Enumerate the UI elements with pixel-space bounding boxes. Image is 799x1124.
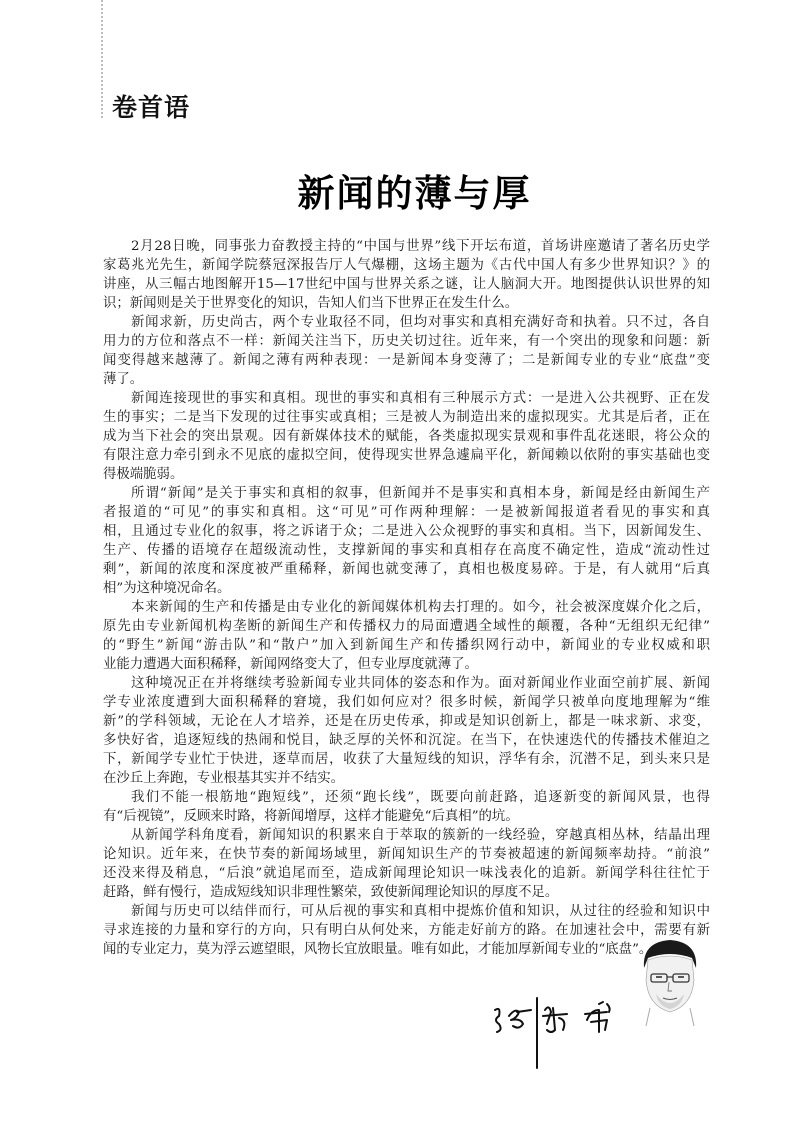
signature-icon: [487, 990, 637, 1080]
paragraph-line: 业能力遭遇大面积稀释，新闻网络变大了，但专业厚度就薄了。: [103, 655, 710, 674]
paragraph-line: 闻变得越来越薄了。新闻之薄有两种表现：一是新闻本身变薄了；二是新闻专业的专业“底…: [103, 351, 710, 370]
paragraph: 本来新闻的生产和传播是由专业化的新闻媒体机构去打理的。如今，社会被深度媒介化之后…: [103, 598, 710, 674]
paragraph-line: 的“野生”新闻“游击队”和“散户”加入到新闻生产和传播织网行动中，新闻业的专业权…: [103, 636, 710, 655]
paragraph-line: 新闻与历史可以结伴而行，可从后视的事实和真相中提炼价值和知识，从过往的经验和知识…: [103, 902, 710, 921]
margin-dotted-line: [101, 0, 103, 118]
paragraph-line: 闻的专业定力，莫为浮云遮望眼，风物长宜放眼量。唯有如此，才能加厚新闻专业的“底盘…: [103, 940, 710, 959]
paragraph-line: 学专业浓度遭到大面积稀释的窘境，我们如何应对？很多时候，新闻学只被单向度地理解为…: [103, 693, 710, 712]
paragraph-line: 所谓“新闻”是关于事实和真相的叙事，但新闻并不是事实和真相本身，新闻是经由新闻生…: [103, 484, 710, 503]
paragraph-line: 用力的方位和落点不一样：新闻关注当下，历史关切过往。近年来，有一个突出的现象和问…: [103, 332, 710, 351]
paragraph-line: 薄了。: [103, 370, 710, 389]
paragraph-line: 寻求连接的力量和穿行的方向，只有明白从何处来，方能走好前方的路。在加速社会中，需…: [103, 921, 710, 940]
paragraph-line: 多快好省，追逐短线的热闹和悦目，缺乏厚的关怀和沉淀。在当下，在快速迭代的传播技术…: [103, 731, 710, 750]
paragraph-line: 新闻连接现世的事实和真相。现世的事实和真相有三种展示方式：一是进入公共视野、正在…: [103, 389, 710, 408]
paragraph-line: 有“后视镜”，反顾来时路，将新闻增厚，这样才能避免“后真相”的坑。: [103, 807, 710, 826]
paragraph: 这种境况正在并将继续考验新闻专业共同体的姿态和作为。面对新闻业作业面空前扩展、新…: [103, 674, 710, 788]
paragraph-line: 相”为这种境况命名。: [103, 579, 710, 598]
paragraph-line: 剩”，新闻的浓度和深度被严重稀释，新闻也就变薄了，真相也极度易碎。于是，有人就用…: [103, 560, 710, 579]
paragraph-line: 这种境况正在并将继续考验新闻专业共同体的姿态和作为。面对新闻业作业面空前扩展、新…: [103, 674, 710, 693]
paragraph-line: 有限注意力牵引到永不见底的虚拟空间，使得现实世界急遽扁平化，新闻赖以依附的事实基…: [103, 446, 710, 465]
paragraph-line: 从新闻学科角度看，新闻知识的积累来自于萃取的簇新的一线经验，穿越真相丛林，结晶出…: [103, 826, 710, 845]
paragraph: 我们不能一根筋地“跑短线”，还须“跑长线”，既要向前赶路，追逐新变的新闻风景，也…: [103, 788, 710, 826]
section-label: 卷首语: [112, 88, 190, 124]
paragraph-line: 新”的学科领域，无论在人才培养，还是在历史传承，抑或是知识创新上，都是一味求新、…: [103, 712, 710, 731]
paragraph-line: 得极端脆弱。: [103, 465, 710, 484]
paragraph-line: 在沙丘上奔跑，专业根基其实并不结实。: [103, 769, 710, 788]
paragraph: 新闻与历史可以结伴而行，可从后视的事实和真相中提炼价值和知识，从过往的经验和知识…: [103, 902, 710, 959]
paragraph-line: 者报道的“可见”的事实和真相。这“可见”可作两种理解：一是被新闻报道者看见的事实…: [103, 503, 710, 522]
paragraph: 新闻求新，历史尚古，两个专业取径不同，但均对事实和真相充满好奇和执着。只不过，各…: [103, 313, 710, 389]
article-body: 2月28日晚，同事张力奋教授主持的“中国与世界”线下开坛布道，首场讲座邀请了著名…: [103, 237, 710, 959]
author-portrait-icon: [636, 936, 704, 1026]
paragraph: 2月28日晚，同事张力奋教授主持的“中国与世界”线下开坛布道，首场讲座邀请了著名…: [103, 237, 710, 313]
paragraph-line: 本来新闻的生产和传播是由专业化的新闻媒体机构去打理的。如今，社会被深度媒介化之后…: [103, 598, 710, 617]
paragraph-line: 识；新闻则是关于世界变化的知识，告知人们当下世界正在发生什么。: [103, 294, 710, 313]
paragraph: 所谓“新闻”是关于事实和真相的叙事，但新闻并不是事实和真相本身，新闻是经由新闻生…: [103, 484, 710, 598]
paragraph-line: 论知识。近年来，在快节奏的新闻场域里，新闻知识生产的节奏被超速的新闻频率劫持。“…: [103, 845, 710, 864]
paragraph-line: 还没来得及稍息，“后浪”就追尾而至，造成新闻理论知识一味浅表化的追新。新闻学科往…: [103, 864, 710, 883]
paragraph-line: 我们不能一根筋地“跑短线”，还须“跑长线”，既要向前赶路，追逐新变的新闻风景，也…: [103, 788, 710, 807]
paragraph-line: 生的事实；二是当下发现的过往事实或真相；三是被人为制造出来的虚拟现实。尤其是后者…: [103, 408, 710, 427]
paragraph-line: 成为当下社会的突出景观。因有新媒体技术的赋能，各类虚拟现实景观和事件乱花迷眼，将…: [103, 427, 710, 446]
paragraph-line: 2月28日晚，同事张力奋教授主持的“中国与世界”线下开坛布道，首场讲座邀请了著名…: [103, 237, 710, 256]
paragraph-line: 生产、传播的语境存在超级流动性，支撑新闻的事实和真相存在高度不确定性，造成“流动…: [103, 541, 710, 560]
paragraph-line: 新闻求新，历史尚古，两个专业取径不同，但均对事实和真相充满好奇和执着。只不过，各…: [103, 313, 710, 332]
paragraph-line: 家葛兆光先生，新闻学院蔡冠深报告厅人气爆棚，这场主题为《古代中国人有多少世界知识…: [103, 256, 710, 275]
paragraph-line: 讲座，从三幅古地图解开15—17世纪中国与世界关系之谜，让人脑洞大开。地图提供认…: [103, 275, 710, 294]
paragraph: 新闻连接现世的事实和真相。现世的事实和真相有三种展示方式：一是进入公共视野、正在…: [103, 389, 710, 484]
paragraph-line: 相，且通过专业化的叙事，将之诉诸于众；二是进入公众视野的事实和真相。当下，因新闻…: [103, 522, 710, 541]
paragraph-line: 原先由专业新闻机构垄断的新闻生产和传播权力的局面遭遇全域性的颠覆，各种“无组织无…: [103, 617, 710, 636]
paragraph-line: 下，新闻学专业忙于快进，逐草而居，收获了大量短线的知识，浮华有余，沉潜不足，到头…: [103, 750, 710, 769]
article-title: 新闻的薄与厚: [0, 163, 799, 217]
paragraph: 从新闻学科角度看，新闻知识的积累来自于萃取的簇新的一线经验，穿越真相丛林，结晶出…: [103, 826, 710, 902]
paragraph-line: 赶路，鲜有慢行，造成短线知识非理性繁荣，致使新闻理论知识的厚度不足。: [103, 883, 710, 902]
